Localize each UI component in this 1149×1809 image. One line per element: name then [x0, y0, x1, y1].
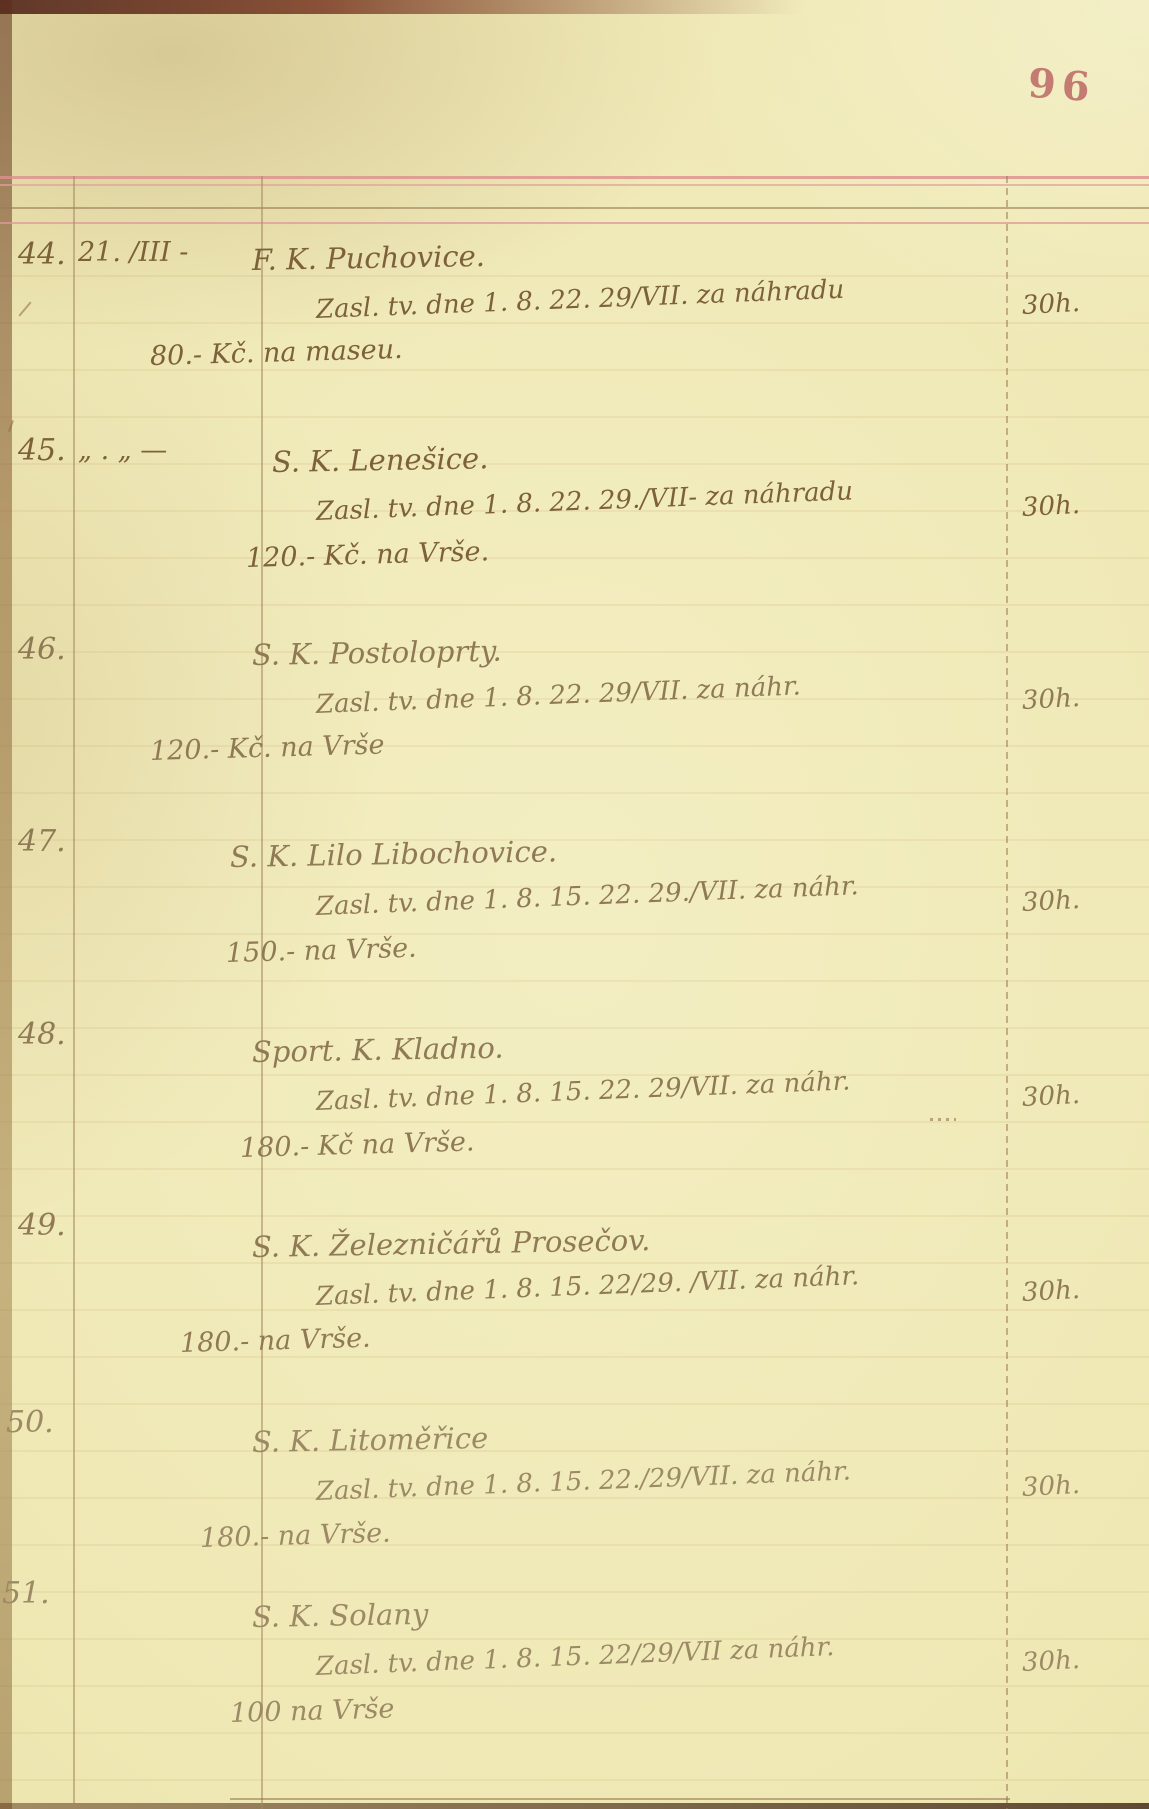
entry-number: 51.	[2, 1576, 50, 1611]
entry-number: 46.	[18, 632, 66, 667]
fee-value: 30h.	[1021, 1080, 1081, 1113]
fee-value: 30h.	[1021, 683, 1081, 716]
amount-line: 180.- na Vrše.	[180, 1323, 372, 1359]
amount-line: 100 na Vrše	[230, 1693, 395, 1729]
ledger-entry: 47. S. K. Lilo Libochovice. Zasl. tv. dn…	[0, 840, 1149, 1040]
ledger-entry: 51. S. K. Solany Zasl. tv. dne 1. 8. 15.…	[0, 1600, 1149, 1800]
entry-number: 48.	[18, 1017, 66, 1052]
fee-value: 30h.	[1021, 490, 1081, 523]
entry-date: „ . „ —	[78, 435, 167, 466]
entry-number: 44.	[18, 237, 66, 272]
club-name: S. K. Litoměřice	[252, 1421, 489, 1459]
entry-text-line: Zasl. tv. dne 1. 8. 15. 22./29/VII. za n…	[315, 1456, 851, 1507]
ledger-entry: 50. S. K. Litoměřice Zasl. tv. dne 1. 8.…	[0, 1425, 1149, 1625]
scan-edge-bottom	[0, 1803, 1149, 1809]
club-name: F. K. Puchovice.	[252, 239, 486, 277]
amount-line: 180.- Kč na Vrše.	[240, 1126, 475, 1164]
ledger-entry: 49. S. K. Železničářů Prosečov. Zasl. tv…	[0, 1230, 1149, 1430]
scan-edge-top	[0, 0, 804, 14]
amount-line: 180.- na Vrše.	[200, 1518, 392, 1554]
ledger-page: 96 44. 21. /III - F. K. Puchovice. Zasl.…	[0, 0, 1149, 1809]
club-name: S. K. Solany	[252, 1597, 429, 1634]
amount-line: 120.- Kč. na Vrše	[150, 729, 385, 767]
entry-text-line: Zasl. tv. dne 1. 8. 22. 29./VII- za náhr…	[315, 476, 853, 527]
amount-line: 80.- Kč. na maseu.	[150, 334, 403, 372]
entry-text-line: Zasl. tv. dne 1. 8. 15. 22. 29./VII. za …	[315, 871, 859, 922]
club-name: S. K. Lilo Libochovice.	[230, 834, 558, 874]
ledger-entry: 48. Sport. K. Kladno. Zasl. tv. dne 1. 8…	[0, 1035, 1149, 1235]
header-brown-rule	[0, 207, 1149, 209]
ledger-entry: 45. „ . „ — S. K. Lenešice. Zasl. tv. dn…	[0, 445, 1149, 645]
fee-value: 30h.	[1021, 885, 1081, 918]
entry-text-line: Zasl. tv. dne 1. 8. 22. 29/VII. za náhra…	[315, 275, 844, 325]
fee-value: 30h.	[1021, 1275, 1081, 1308]
fee-value: 30h.	[1021, 1645, 1081, 1678]
entry-number: 50.	[6, 1405, 54, 1440]
entry-text-line: Zasl. tv. dne 1. 8. 15. 22. 29/VII. za n…	[315, 1066, 850, 1117]
entry-number: 49.	[18, 1208, 66, 1243]
header-red-rule-1	[0, 176, 1149, 179]
amount-line: 120.- Kč. na Vrše.	[246, 536, 490, 574]
entry-number: 47.	[18, 824, 66, 859]
entry-number: 45.	[18, 433, 66, 468]
club-name: S. K. Lenešice.	[272, 441, 489, 479]
club-name: S. K. Postoloprty.	[252, 634, 502, 672]
header-red-rule-3	[0, 222, 1149, 224]
club-name: Sport. K. Kladno.	[252, 1031, 504, 1069]
fee-value: 30h.	[1021, 288, 1081, 321]
page-number-stamp: 96	[1026, 60, 1097, 112]
entry-text-line: Zasl. tv. dne 1. 8. 15. 22/29. /VII. za …	[315, 1261, 859, 1312]
entry-text-line: Zasl. tv. dne 1. 8. 22. 29/VII. za náhr.	[315, 671, 801, 720]
entry-text-line: Zasl. tv. dne 1. 8. 15. 22/29/VII za náh…	[315, 1632, 834, 1682]
club-name: S. K. Železničářů Prosečov.	[252, 1223, 651, 1264]
fee-value: 30h.	[1021, 1470, 1081, 1503]
ledger-entry: 44. 21. /III - F. K. Puchovice. Zasl. tv…	[0, 243, 1149, 443]
header-red-rule-2	[0, 184, 1149, 186]
ledger-entry: 46. S. K. Postoloprty. Zasl. tv. dne 1. …	[0, 638, 1149, 838]
amount-line: 150.- na Vrše.	[226, 933, 418, 969]
entry-date: 21. /III -	[78, 237, 188, 268]
